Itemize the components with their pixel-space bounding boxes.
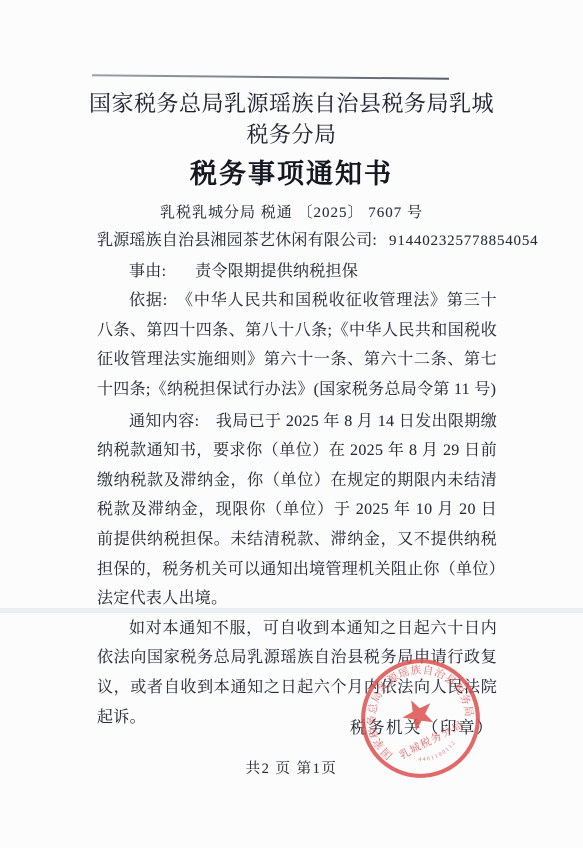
matter-label: 事由: bbox=[129, 263, 166, 280]
seal-star-icon bbox=[397, 693, 438, 734]
taxpayer-id: 914402325778854054 bbox=[389, 233, 538, 249]
notice-content-paragraph: 通知内容: 我局已于 2025 年 8 月 14 日发出限期缴纳税款通知书，要求… bbox=[97, 407, 497, 614]
authority-name-line1: 国家税务总局乳源瑶族自治县税务局乳城 bbox=[60, 88, 523, 119]
company-name: 乳源瑶族自治县湘园茶艺休闲有限公司: bbox=[97, 232, 377, 249]
document-number: 乳税乳城分局 税通 〔2025〕 7607 号 bbox=[0, 201, 583, 222]
document-title: 税务事项通知书 bbox=[0, 152, 583, 191]
matter-value: 责令限期提供纳税担保 bbox=[195, 263, 358, 280]
scan-artifact-band bbox=[0, 608, 583, 613]
page-number: 共2 页 第1页 bbox=[0, 757, 583, 778]
header-divider-line bbox=[92, 74, 449, 79]
addressee-line: 乳源瑶族自治县湘园茶艺休闲有限公司:914402325778854054 bbox=[97, 226, 497, 257]
issuing-authority: 国家税务总局乳源瑶族自治县税务局乳城 税务分局 bbox=[60, 88, 523, 150]
seal-inner-text: 乳城税务分局 bbox=[397, 718, 466, 762]
scanned-tax-notice-page: 国家税务总局乳源瑶族自治县税务局乳城 税务分局 税务事项通知书 乳税乳城分局 税… bbox=[0, 0, 583, 848]
legal-basis-paragraph: 依据: 《中华人民共和国税收征收管理法》第三十八条、第四十四条、第八十八条;《中… bbox=[97, 286, 497, 404]
matter-line: 事由:责令限期提供纳税担保 bbox=[97, 257, 497, 287]
authority-name-line2: 税务分局 bbox=[60, 119, 523, 150]
